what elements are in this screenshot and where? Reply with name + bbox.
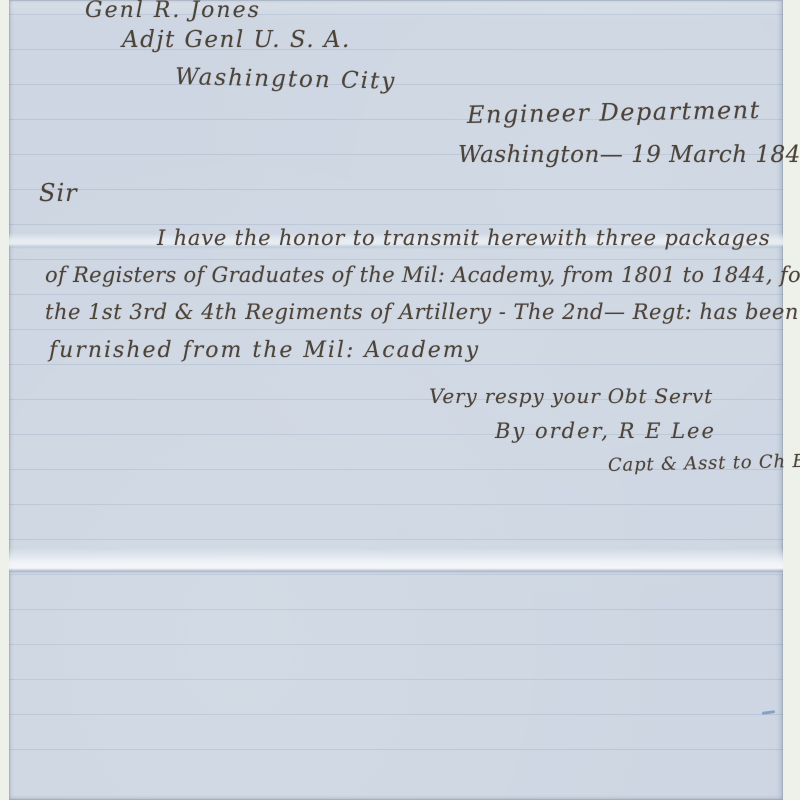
body-line-1: I have the honor to transmit herewith th… (157, 226, 770, 250)
recipient-line-name: Genl R. Jones (85, 0, 261, 23)
closing-rank: Capt & Asst to Ch Engr (608, 450, 800, 476)
letterhead-office: Engineer Department (467, 96, 761, 129)
closing-courtesy: Very respy your Obt Servt (429, 384, 713, 408)
letter-page: Genl R. Jones Adjt Genl U. S. A. Washing… (9, 0, 783, 800)
recipient-line-city: Washington City (175, 64, 397, 95)
body-line-2: of Registers of Graduates of the Mil: Ac… (45, 263, 800, 287)
letterhead-dateline: Washington— 19 March 1845— (458, 142, 800, 168)
stray-ink-mark (762, 710, 775, 715)
recipient-line-title: Adjt Genl U. S. A. (122, 27, 351, 53)
salutation: Sir (39, 179, 78, 207)
body-line-3: the 1st 3rd & 4th Regiments of Artillery… (45, 300, 799, 324)
closing-signature: By order, R E Lee (495, 419, 716, 443)
fold-crease-lower (9, 548, 783, 576)
body-line-4: furnished from the Mil: Academy (49, 338, 480, 363)
scanned-letter: Genl R. Jones Adjt Genl U. S. A. Washing… (0, 0, 800, 800)
